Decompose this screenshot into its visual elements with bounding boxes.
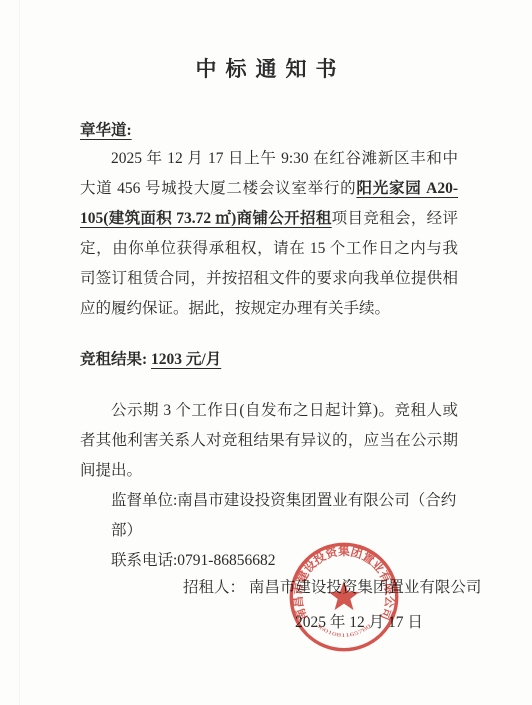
supervisor-line: 监督单位:南昌市建设投资集团置业有限公司（合约部） xyxy=(80,486,458,546)
scan-seam-artifact xyxy=(19,0,20,705)
signature-block: 招租人： 南昌市建设投资集团置业有限公司 2025 年 12 月 17 日 xyxy=(183,576,481,635)
document-title: 中标通知书 xyxy=(0,53,532,83)
phone-line: 联系电话:0791-86856682 xyxy=(80,546,458,576)
bid-result-label: 竞租结果: xyxy=(80,351,151,368)
publicity-paragraph: 公示期 3 个工作日(自发布之日起计算)。竞租人或者其他利害关系人对竞租结果有异… xyxy=(80,396,458,486)
publicity-notice-block: 公示期 3 个工作日(自发布之日起计算)。竞租人或者其他利害关系人对竞租结果有异… xyxy=(80,396,458,576)
lessor-label: 招租人： xyxy=(183,579,249,596)
scanned-document-page: 中标通知书 章华道: 2025 年 12 月 17 日上午 9:30 在红谷滩新… xyxy=(0,0,532,705)
bid-result-line: 竞租结果: 1203 元/月 xyxy=(80,347,231,369)
lessor-line: 招租人： 南昌市建设投资集团置业有限公司 xyxy=(183,576,481,600)
addressee-name: 章华道: xyxy=(80,118,132,140)
main-paragraph: 2025 年 12 月 17 日上午 9:30 在红谷滩新区丰和中大道 456 … xyxy=(80,144,458,324)
lessor-name: 南昌市建设投资集团置业有限公司 xyxy=(249,579,482,596)
bid-result-value: 1203 元/月 xyxy=(151,351,231,368)
signature-date: 2025 年 12 月 17 日 xyxy=(295,611,481,635)
